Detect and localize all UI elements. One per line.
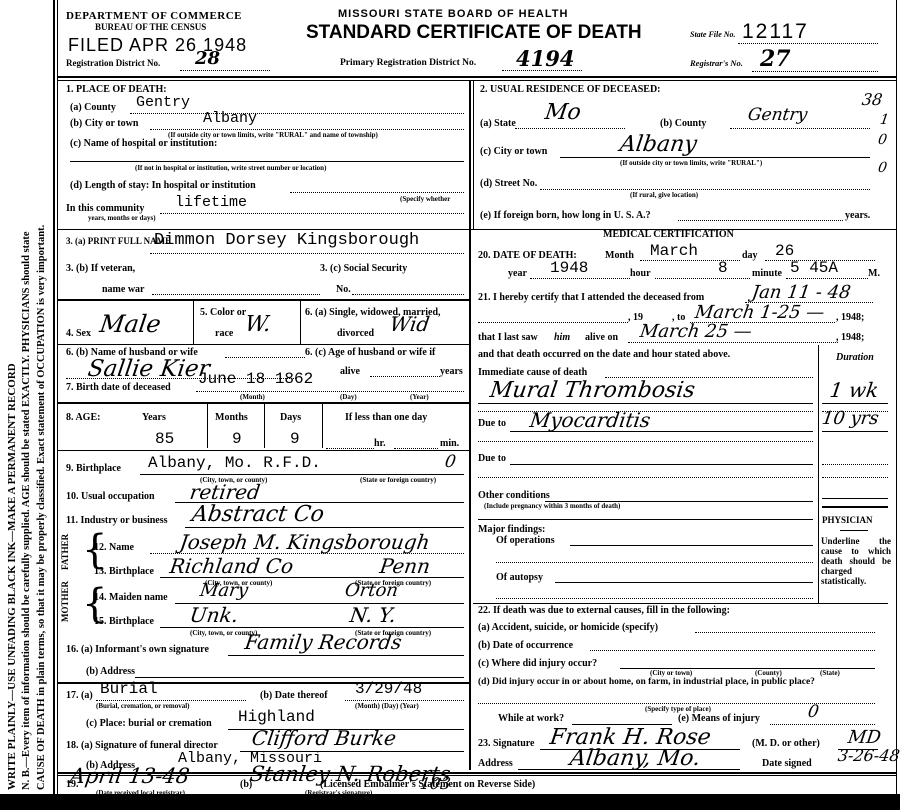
mother-maiden-first: Mary	[199, 580, 250, 601]
sex-value: Male	[98, 310, 163, 338]
industry-value: Abstract Co	[190, 502, 325, 527]
res-foreign-years: years.	[845, 210, 870, 221]
res-street-label: (d) Street No.	[480, 178, 537, 189]
where-city-note: (City or town)	[650, 669, 692, 677]
death-hour-value: 8	[718, 259, 728, 277]
major-findings-label: Major findings:	[478, 524, 545, 535]
primary-district-value: 4194	[516, 46, 574, 71]
death-minute-label: minute	[752, 268, 782, 279]
res-state-value: Mo	[543, 100, 582, 125]
marital-value: Wid	[388, 312, 431, 336]
autopsy-label: Of autopsy	[496, 572, 543, 583]
age-label: 8. AGE:	[66, 412, 100, 423]
birthplace-label: 9. Birthplace	[66, 463, 121, 474]
age-months-value: 9	[232, 430, 242, 448]
birthplace-code: 0	[444, 452, 458, 472]
md-label: (M. D. or other)	[752, 738, 820, 749]
birthplace-value: Albany, Mo. R.F.D.	[148, 454, 321, 472]
medical-heading: MEDICAL CERTIFICATION	[603, 229, 734, 240]
death-day-label: day	[742, 250, 758, 261]
physician-address-value: Albany, Mo.	[568, 746, 702, 771]
hospital-label: (c) Name of hospital or institution:	[70, 138, 217, 149]
informant-address-label: (b) Address	[86, 666, 135, 677]
frame-left-border	[53, 0, 55, 794]
mother-maiden-label: 14. Maiden name	[94, 592, 168, 603]
registrar-number-value: 27	[760, 46, 791, 72]
death-month-value: March	[650, 242, 698, 260]
physician-label: PHYSICIAN	[822, 515, 873, 525]
alive-label: alive	[340, 366, 360, 377]
certificate-title: STANDARD CERTIFICATE OF DEATH	[306, 22, 642, 44]
margin-instruction-write-plainly: WRITE PLAINLY—USE UNFADING BLACK INK—MAK…	[6, 363, 18, 790]
certify-label: 21. I hereby certify that I attended the…	[478, 292, 704, 303]
birthplace-state-note: (State or foreign country)	[360, 476, 436, 484]
community-label: In this community	[66, 203, 144, 214]
duration-label: Duration	[836, 352, 874, 363]
attended-from-value: Jan 11 - 48	[751, 282, 853, 303]
res-state-label: (a) State	[480, 118, 516, 129]
immediate-duration-value: 1 wk	[828, 378, 880, 402]
age-years-value: 85	[155, 430, 174, 448]
spouse-age-label: 6. (c) Age of husband or wife if	[305, 347, 435, 358]
death-city-value: Albany	[203, 110, 257, 127]
res-street-note: (If rural, give location)	[630, 191, 698, 199]
death-year-label: year	[508, 268, 527, 279]
ss-no-label: No.	[336, 284, 351, 295]
where-label: (c) Where did injury occur?	[478, 658, 597, 669]
state-file-label: State File No.	[690, 30, 736, 39]
date-signed-value: 3-26-48	[837, 746, 900, 765]
accident-label: (a) Accident, suicide, or homicide (spec…	[478, 622, 658, 633]
burial-date-value: 3/29/48	[355, 680, 422, 698]
informant-sig-value: Family Records	[243, 630, 403, 654]
frame-right-border	[896, 0, 897, 794]
occupation-label: 10. Usual occupation	[66, 491, 155, 502]
date-signed-label: Date signed	[762, 758, 812, 769]
due-to-value: Myocarditis	[528, 408, 652, 432]
community-value: lifetime	[175, 194, 247, 211]
stay-label: (d) Length of stay: In hospital or insti…	[70, 180, 256, 191]
death-county-value: Gentry	[136, 94, 190, 111]
duration-column-divider	[818, 345, 819, 603]
to-year: , 1948;	[836, 312, 864, 323]
registrar-number-label: Registrar's No.	[690, 58, 743, 68]
injury-place-label: (d) Did injury occur in or about home, o…	[478, 677, 815, 687]
operations-label: Of operations	[496, 535, 555, 546]
frame-left-border-inner	[57, 0, 58, 794]
death-day-value: 26	[775, 242, 794, 260]
sex-label: 4. Sex	[66, 328, 91, 339]
veteran-label: 3. (b) If veteran,	[66, 263, 135, 274]
death-m-label: M.	[868, 268, 880, 279]
footer-divider	[57, 772, 897, 774]
external-heading: 22. If death was due to external causes,…	[478, 605, 730, 616]
due-to-label: Due to	[478, 418, 506, 429]
disposition-label: 17. (a)	[66, 690, 93, 701]
birth-date-value: June 18 1862	[198, 370, 313, 388]
board-label: MISSOURI STATE BOARD OF HEALTH	[338, 8, 568, 20]
other-conditions-note: (Include pregnancy within 3 months of de…	[484, 502, 620, 510]
margin-instruction-cause: CAUSE OF DEATH in plain terms, so that i…	[36, 225, 47, 790]
ss-label: 3. (c) Social Security	[320, 263, 407, 274]
underline-note: Underline the cause to which death shoul…	[821, 536, 891, 586]
stay-specify-note: (Specify whether	[400, 195, 450, 203]
occurrence-date-label: (b) Date of occurrence	[478, 640, 573, 651]
column-divider-top	[469, 80, 471, 230]
community-note: years, months or days)	[88, 214, 156, 222]
race-label: race	[215, 328, 233, 339]
disposition-note: (Burial, cremation, or removal)	[96, 702, 190, 710]
other-conditions-label: Other conditions	[478, 490, 550, 501]
mother-side-label: MOTHER	[60, 581, 70, 622]
occupation-value: retired	[188, 480, 261, 504]
due-to-duration-value: 10 yrs	[821, 408, 881, 429]
means-value: 0	[807, 702, 821, 722]
immediate-cause-value: Mural Thrombosis	[488, 378, 696, 403]
death-county-label: (a) County	[70, 102, 116, 113]
immediate-label: Immediate cause of death	[478, 367, 587, 378]
res-city-value: Albany	[618, 132, 698, 157]
res-margin-code-4: 0	[877, 160, 888, 176]
attended-to-value: March 1-25 —	[694, 302, 826, 323]
department-label: DEPARTMENT OF COMMERCE	[66, 10, 242, 22]
res-city-note: (If outside city or town limits, write "…	[620, 159, 762, 167]
birth-month-note: (Month)	[240, 393, 265, 401]
birth-date-label: 7. Birth date of deceased	[66, 382, 171, 393]
res-margin-code-2: 1	[879, 112, 890, 128]
res-margin-code-1: 38	[861, 90, 884, 109]
embalmer-note: (Licensed Embalmer's Statement on Revers…	[320, 779, 535, 790]
res-margin-code-3: 0	[877, 132, 888, 148]
mother-birth-state: N. Y.	[348, 603, 397, 627]
father-name-value: Joseph M. Kingsborough	[178, 530, 431, 554]
full-name-value: Dimmon Dorsey Kingsborough	[154, 231, 419, 250]
bureau-label: BUREAU OF THE CENSUS	[95, 22, 206, 32]
age-days-value: 9	[290, 430, 300, 448]
primary-district-label: Primary Registration District No.	[340, 58, 476, 68]
hospital-note: (If not in hospital or institution, writ…	[135, 164, 326, 172]
res-city-label: (c) City or town	[480, 146, 547, 157]
physician-sig-label: 23. Signature	[478, 738, 535, 749]
age-days-label: Days	[280, 412, 301, 423]
injury-place-note: (Specify type of place)	[645, 705, 711, 713]
md-value: MD	[847, 727, 883, 748]
father-birthplace-label: 13. Birthplace	[94, 566, 154, 577]
veteran-war-label: name war	[102, 284, 145, 295]
burial-date-note: (Month) (Day) (Year)	[355, 702, 419, 710]
burial-place-label: (c) Place: burial or cremation	[86, 718, 212, 729]
registration-district-value: 28	[195, 48, 220, 69]
death-month-label: Month	[605, 250, 634, 261]
mother-maiden-last: Orton	[344, 580, 400, 601]
death-year-value: 1948	[550, 259, 588, 277]
mother-birth-city: Unk.	[188, 603, 240, 627]
registration-district-label: Registration District No.	[66, 58, 160, 68]
birth-day-note: (Day)	[340, 393, 357, 401]
state-file-value: 12117	[742, 20, 809, 44]
burial-place-value: Highland	[238, 708, 315, 726]
race-value: W.	[243, 312, 272, 337]
last-saw-value: March 25 —	[639, 321, 754, 342]
age-years-label: Years	[142, 412, 166, 423]
age-hr-label: hr.	[374, 438, 386, 449]
industry-label: 11. Industry or business	[66, 515, 168, 526]
res-foreign-label: (e) If foreign born, how long in U. S. A…	[480, 210, 651, 221]
death-city-label: (b) City or town	[70, 118, 138, 129]
father-side-label: FATHER	[60, 534, 70, 570]
where-county-note: (County)	[755, 669, 782, 677]
death-minute-value: 5 45A	[790, 259, 838, 277]
last-saw-label: that I last saw	[478, 332, 538, 343]
res-county-value: Gentry	[747, 105, 809, 125]
death-hour-label: hour	[630, 268, 651, 279]
column-divider	[469, 230, 471, 770]
father-birth-city: Richland Co	[168, 554, 295, 578]
age-min-label: min.	[440, 438, 459, 449]
where-state-note: (State)	[820, 669, 840, 677]
funeral-director-sig: Clifford Burke	[250, 726, 397, 750]
residence-heading: 2. USUAL RESIDENCE OF DECEASED:	[480, 84, 661, 95]
occurred-label: and that death occurred on the date and …	[478, 349, 730, 360]
received-date-value: April 13-48	[68, 764, 191, 788]
while-at-work-label: While at work?	[498, 713, 564, 724]
alive-on-label: alive on	[585, 332, 618, 343]
margin-instruction-nb: N. B.—Every item of information should b…	[21, 231, 32, 790]
res-county-label: (b) County	[660, 118, 706, 129]
filed-stamp: FILED APR 26 1948	[68, 35, 247, 56]
mother-birthplace-label: 15. Birthplace	[94, 616, 154, 627]
physician-address-label: Address	[478, 758, 513, 769]
age-less-label: If less than one day	[345, 412, 427, 423]
last-saw-year: , 1948;	[836, 332, 864, 343]
scan-bottom-edge	[0, 794, 900, 810]
him-her-value: him	[554, 332, 570, 343]
disposition-value: Burial	[100, 680, 158, 698]
color-label: 5. Color or	[200, 307, 246, 318]
spouse-years-label: years	[440, 366, 463, 377]
age-months-label: Months	[215, 412, 248, 423]
birth-year-note: (Year)	[410, 393, 429, 401]
header-divider	[57, 76, 897, 78]
divorced-label: divorced	[337, 328, 374, 339]
due-to2-label: Due to	[478, 453, 506, 464]
father-birth-state: Penn	[378, 554, 432, 578]
informant-sig-label: 16. (a) Informant's own signature	[66, 644, 209, 655]
means-label: (e) Means of injury	[678, 713, 760, 724]
father-name-label: 12. Name	[94, 542, 134, 553]
burial-date-label: (b) Date thereof	[260, 690, 328, 701]
